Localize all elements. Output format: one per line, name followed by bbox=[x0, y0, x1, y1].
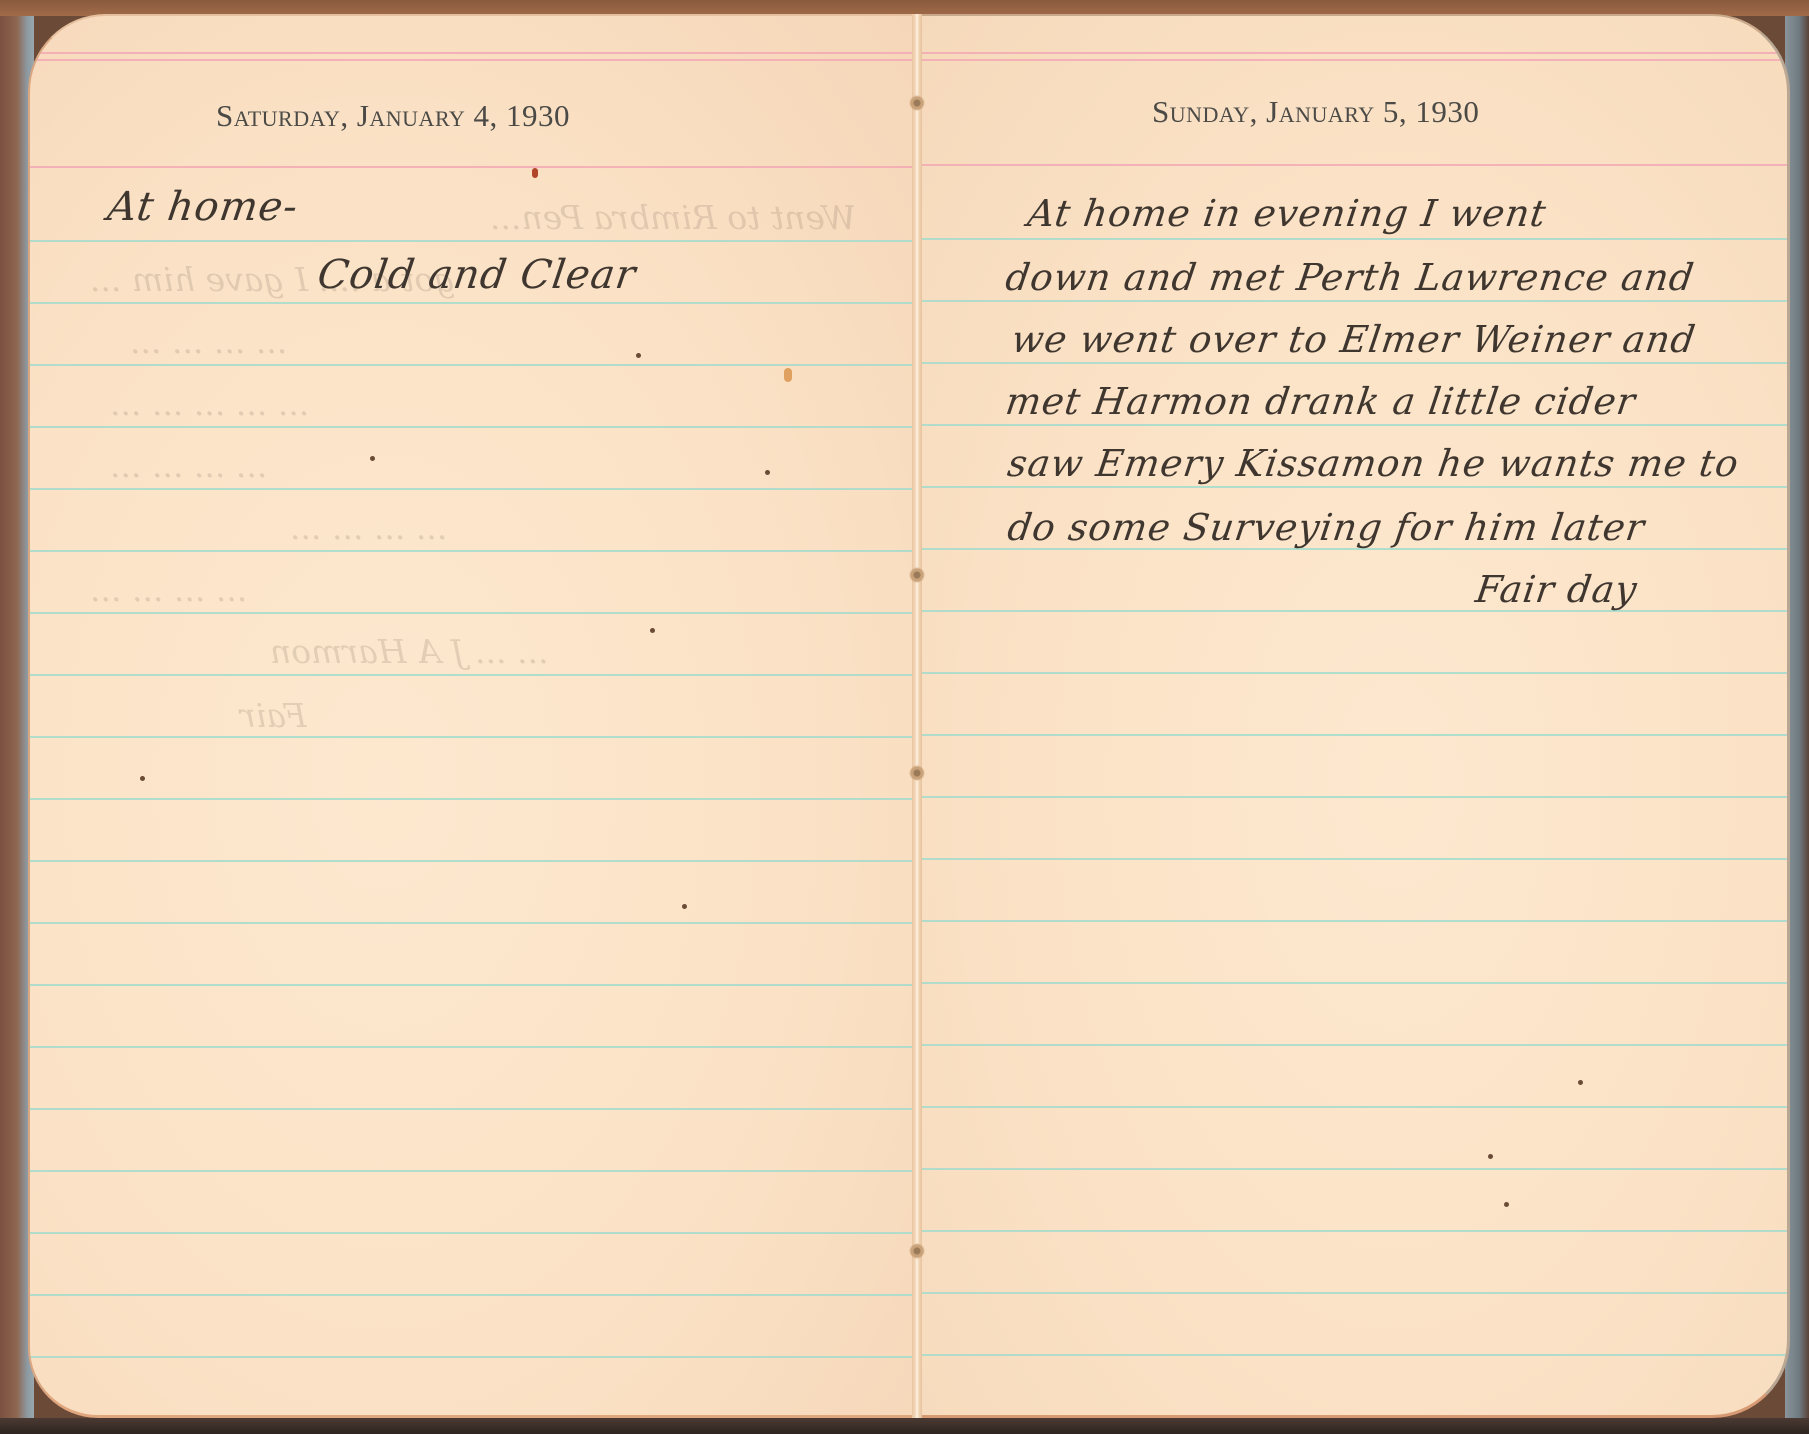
ruled-line bbox=[30, 364, 916, 366]
ruled-line bbox=[30, 984, 916, 986]
binding-stitch bbox=[906, 562, 928, 588]
ruled-line bbox=[916, 734, 1787, 736]
entry-line: down and met Perth Lawrence and bbox=[1003, 256, 1697, 299]
ruled-line bbox=[916, 1354, 1787, 1356]
bleed-through-text: ... ... J A Harmon bbox=[270, 632, 549, 671]
paper-speck bbox=[636, 353, 641, 358]
right-page: Sunday, January 5, 1930 At home in eveni… bbox=[916, 14, 1790, 1418]
ruled-line bbox=[916, 486, 1787, 488]
ruled-line bbox=[30, 1356, 916, 1358]
ruled-line bbox=[916, 1168, 1787, 1170]
entry-line: Fair day bbox=[1473, 568, 1640, 611]
bleed-through-text: ... ... ... ... bbox=[110, 446, 267, 485]
ruled-line bbox=[916, 1044, 1787, 1046]
ruled-line bbox=[30, 674, 916, 676]
ruled-line bbox=[30, 1046, 916, 1048]
ruled-line bbox=[916, 920, 1787, 922]
binding-stitch bbox=[906, 760, 928, 786]
ruled-line bbox=[916, 1106, 1787, 1108]
paper-speck bbox=[765, 470, 770, 475]
entry-line: do some Surveying for him later bbox=[1005, 506, 1648, 549]
ruled-line bbox=[916, 1230, 1787, 1232]
backdrop-bottom-edge bbox=[0, 1418, 1809, 1434]
paper-speck bbox=[682, 904, 687, 909]
bleed-through-text: ... ... ... ... ... bbox=[110, 384, 309, 423]
paper-speck bbox=[370, 456, 375, 461]
diary-spread: Saturday, January 4, 1930 Went to Rimbra… bbox=[28, 14, 1790, 1418]
ruled-line bbox=[30, 550, 916, 552]
paper-speck bbox=[1578, 1080, 1583, 1085]
ruled-line bbox=[916, 300, 1787, 302]
ruled-line bbox=[30, 1232, 916, 1234]
ruled-line bbox=[30, 612, 916, 614]
ruled-line bbox=[916, 1292, 1787, 1294]
ruled-line bbox=[30, 240, 916, 242]
ruled-line bbox=[30, 922, 916, 924]
ruled-line bbox=[30, 1170, 916, 1172]
header-rule-top bbox=[30, 52, 916, 54]
bleed-through-text: ... ... ... ... bbox=[90, 570, 247, 609]
left-page: Saturday, January 4, 1930 Went to Rimbra… bbox=[28, 14, 916, 1418]
ruled-line bbox=[916, 238, 1787, 240]
ruled-line bbox=[916, 424, 1787, 426]
ruled-line bbox=[30, 1108, 916, 1110]
ruled-line bbox=[30, 302, 916, 304]
paper-stain bbox=[784, 368, 792, 382]
bleed-through-text: Went to Rimbra Pen... bbox=[490, 198, 856, 237]
entry-line: At home in evening I went bbox=[1025, 192, 1549, 235]
bleed-through-text: ... ... ... ... bbox=[290, 508, 447, 547]
ruled-line bbox=[916, 982, 1787, 984]
ruled-line bbox=[30, 1294, 916, 1296]
ruled-line bbox=[916, 796, 1787, 798]
paper-speck bbox=[140, 776, 145, 781]
entry-line: met Harmon drank a little cider bbox=[1003, 380, 1639, 423]
ruled-line bbox=[916, 858, 1787, 860]
header-rule-bottom bbox=[916, 164, 1787, 166]
paper-speck bbox=[1488, 1154, 1493, 1159]
entry-line: Cold and Clear bbox=[315, 252, 639, 298]
date-heading: Saturday, January 4, 1930 bbox=[216, 98, 570, 134]
binding-stitch bbox=[906, 1238, 928, 1264]
paper-speck bbox=[1504, 1202, 1509, 1207]
entry-line: we went over to Elmer Weiner and bbox=[1009, 318, 1699, 361]
binding-stitch bbox=[906, 90, 928, 116]
ruled-line bbox=[30, 488, 916, 490]
ruled-line bbox=[30, 736, 916, 738]
ruled-line bbox=[30, 860, 916, 862]
entry-line: saw Emery Kissamon he wants me to bbox=[1005, 442, 1742, 485]
bleed-through-text: ... ... ... ... bbox=[130, 322, 287, 361]
header-rule-top-second bbox=[30, 59, 916, 61]
date-heading: Sunday, January 5, 1930 bbox=[1152, 94, 1479, 130]
ruled-line bbox=[916, 610, 1787, 612]
paper-speck bbox=[650, 628, 655, 633]
header-rule-bottom bbox=[30, 166, 916, 168]
ruled-line bbox=[30, 798, 916, 800]
header-rule-top bbox=[916, 52, 1787, 54]
ruled-line bbox=[916, 362, 1787, 364]
bleed-through-text: Fair bbox=[240, 696, 307, 735]
ruled-line bbox=[916, 672, 1787, 674]
ink-stain bbox=[532, 168, 538, 178]
header-rule-top-second bbox=[916, 59, 1787, 61]
ruled-line bbox=[30, 426, 916, 428]
binding-gutter bbox=[912, 14, 922, 1418]
entry-line: At home- bbox=[105, 184, 301, 230]
